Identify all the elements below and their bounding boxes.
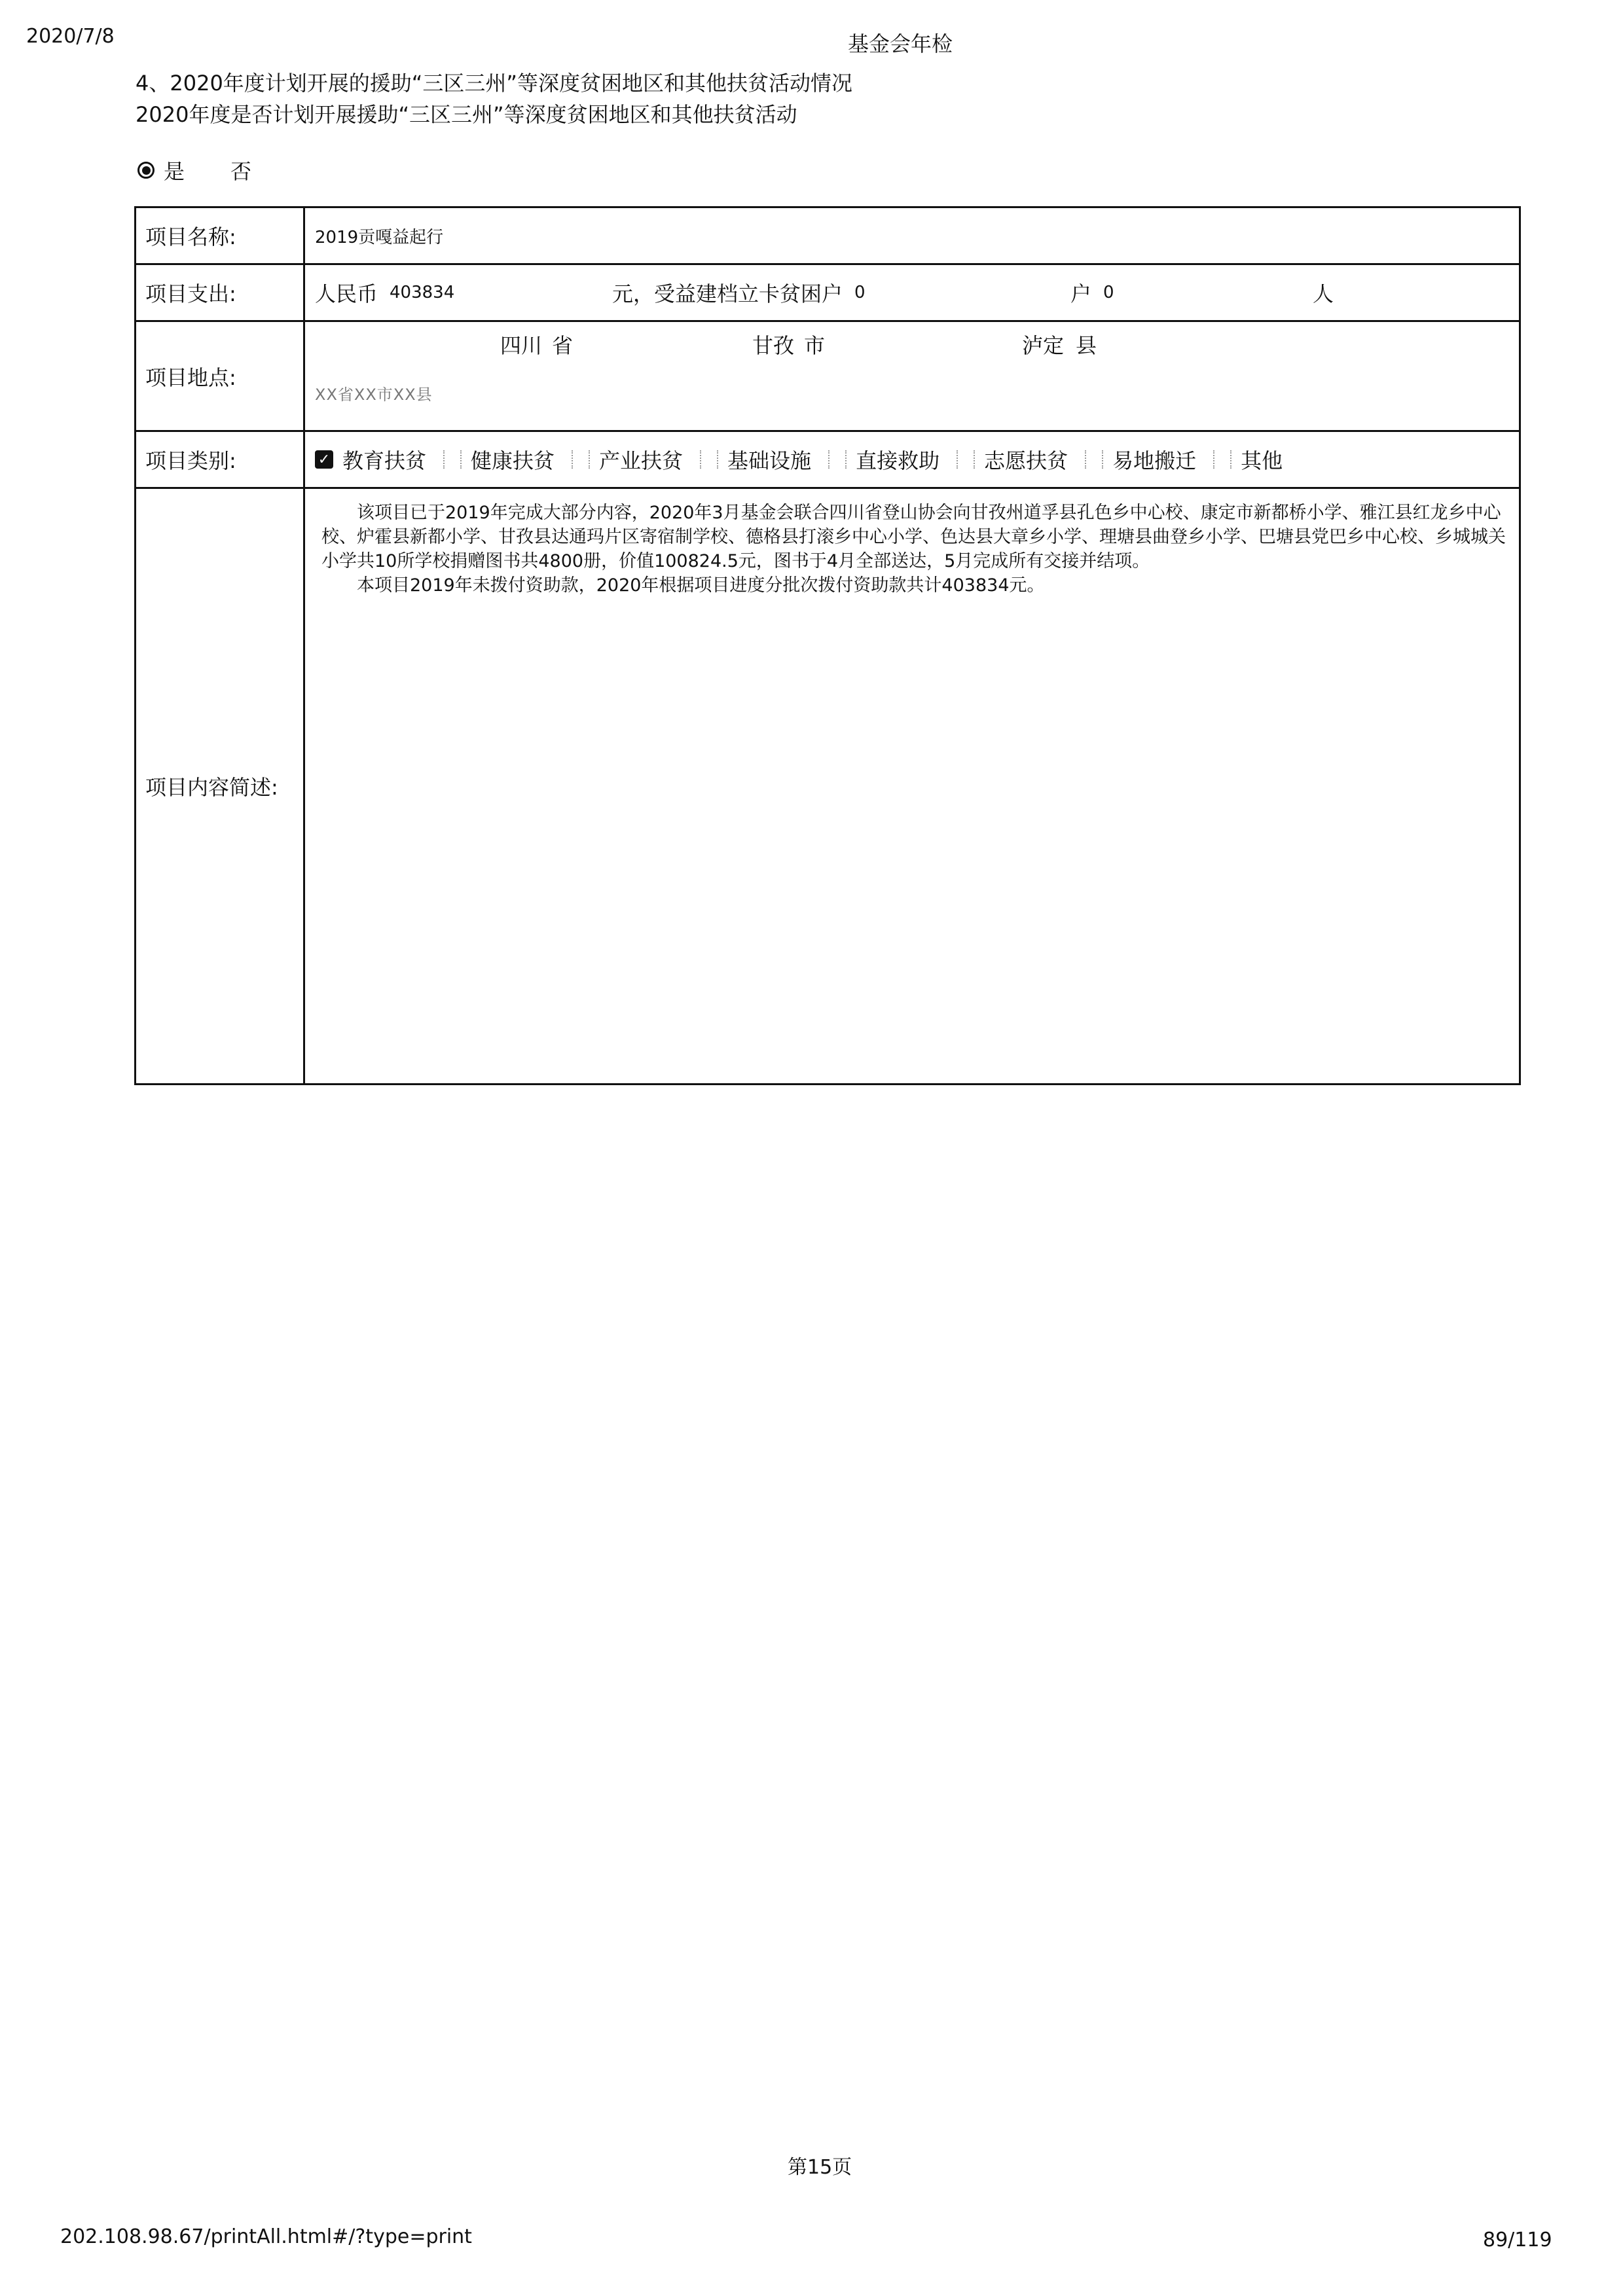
description-paragraph: 该项目已于2019年完成大部分内容，2020年3月基金会联合四川省登山协会向甘孜… bbox=[321, 501, 1506, 573]
category-direct-aid[interactable]: 直接救助 bbox=[828, 444, 939, 475]
row-project-category: 项目类别: ✓教育扶贫 健康扶贫 产业扶贫 基础设施 直接救助 志愿扶贫 易地搬… bbox=[136, 431, 1520, 488]
province-value: 四川 bbox=[500, 329, 542, 359]
page-number: 第15页 bbox=[788, 2151, 852, 2179]
radio-no-label[interactable]: 否 bbox=[230, 155, 251, 185]
people-count: 0 bbox=[1103, 283, 1313, 302]
project-name-label: 项目名称: bbox=[136, 207, 304, 264]
city-unit: 市 bbox=[804, 329, 825, 359]
category-industry[interactable]: 产业扶贫 bbox=[572, 444, 683, 475]
households-count: 0 bbox=[854, 283, 1070, 302]
project-form-table: 项目名称: 2019贡嘎益起行 项目支出: 人民币 403834 元，受益建档立… bbox=[134, 206, 1521, 1085]
category-label: 健康扶贫 bbox=[471, 444, 555, 475]
radio-yes[interactable] bbox=[137, 162, 155, 179]
project-name-value: 2019贡嘎益起行 bbox=[315, 228, 443, 247]
section-title: 4、2020年度计划开展的援助“三区三州”等深度贫困地区和其他扶贫活动情况 bbox=[136, 67, 852, 97]
radio-selected-dot-icon bbox=[142, 166, 151, 175]
category-label: 教育扶贫 bbox=[342, 444, 426, 475]
province-unit: 省 bbox=[552, 329, 573, 359]
checkbox-unchecked-icon bbox=[828, 450, 847, 469]
header-date: 2020/7/8 bbox=[26, 25, 115, 48]
row-project-location: 项目地点: 四川 省 甘孜 市 泸定 县 XX省XX市XX县 bbox=[136, 321, 1520, 431]
people-unit: 人 bbox=[1313, 278, 1334, 308]
checkbox-unchecked-icon bbox=[572, 450, 590, 469]
currency-label: 人民币 bbox=[315, 278, 378, 308]
expense-amount: 403834 bbox=[390, 283, 612, 302]
project-expense-label: 项目支出: bbox=[136, 264, 304, 321]
category-label: 志愿扶贫 bbox=[984, 444, 1068, 475]
category-health[interactable]: 健康扶贫 bbox=[443, 444, 555, 475]
print-url: 202.108.98.67/printAll.html#/?type=print bbox=[60, 2225, 472, 2248]
category-label: 基础设施 bbox=[727, 444, 811, 475]
checkbox-unchecked-icon bbox=[957, 450, 975, 469]
city-value: 甘孜 bbox=[752, 329, 794, 359]
category-other[interactable]: 其他 bbox=[1213, 444, 1283, 475]
category-label: 直接救助 bbox=[856, 444, 939, 475]
expense-unit-text: 元，受益建档立卡贫困户 bbox=[612, 278, 843, 308]
row-project-name: 项目名称: 2019贡嘎益起行 bbox=[136, 207, 1520, 264]
project-description-label: 项目内容简述: bbox=[136, 488, 304, 1085]
project-description-text: 该项目已于2019年完成大部分内容，2020年3月基金会联合四川省登山协会向甘孜… bbox=[304, 488, 1520, 1085]
household-unit: 户 bbox=[1070, 278, 1091, 308]
row-project-description: 项目内容简述: 该项目已于2019年完成大部分内容，2020年3月基金会联合四川… bbox=[136, 488, 1520, 1085]
category-education[interactable]: ✓教育扶贫 bbox=[315, 444, 426, 475]
category-volunteer[interactable]: 志愿扶贫 bbox=[957, 444, 1068, 475]
section-question: 2020年度是否计划开展援助“三区三州”等深度贫困地区和其他扶贫活动 bbox=[136, 98, 797, 128]
category-infrastructure[interactable]: 基础设施 bbox=[700, 444, 811, 475]
description-paragraph: 本项目2019年未拨付资助款，2020年根据项目进度分批次拨付资助款共计4038… bbox=[321, 573, 1506, 598]
checkbox-unchecked-icon bbox=[443, 450, 462, 469]
category-label: 易地搬迁 bbox=[1112, 444, 1196, 475]
address-placeholder: XX省XX市XX县 bbox=[315, 382, 1518, 404]
county-unit: 县 bbox=[1076, 329, 1097, 359]
project-location-label: 项目地点: bbox=[136, 321, 304, 431]
checkbox-unchecked-icon bbox=[1213, 450, 1231, 469]
checkbox-checked-icon: ✓ bbox=[315, 450, 333, 469]
category-label: 产业扶贫 bbox=[599, 444, 683, 475]
county-value: 泸定 bbox=[1022, 329, 1064, 359]
header-title: 基金会年检 bbox=[848, 27, 953, 58]
row-project-expense: 项目支出: 人民币 403834 元，受益建档立卡贫困户 0 户 0 人 bbox=[136, 264, 1520, 321]
yes-no-radio-group: 是 否 bbox=[137, 155, 251, 185]
radio-yes-label: 是 bbox=[164, 155, 185, 185]
print-page-count: 89/119 bbox=[1483, 2229, 1552, 2251]
project-category-label: 项目类别: bbox=[136, 431, 304, 488]
checkbox-unchecked-icon bbox=[700, 450, 718, 469]
checkbox-unchecked-icon bbox=[1085, 450, 1103, 469]
category-label: 其他 bbox=[1241, 444, 1283, 475]
category-relocation[interactable]: 易地搬迁 bbox=[1085, 444, 1196, 475]
